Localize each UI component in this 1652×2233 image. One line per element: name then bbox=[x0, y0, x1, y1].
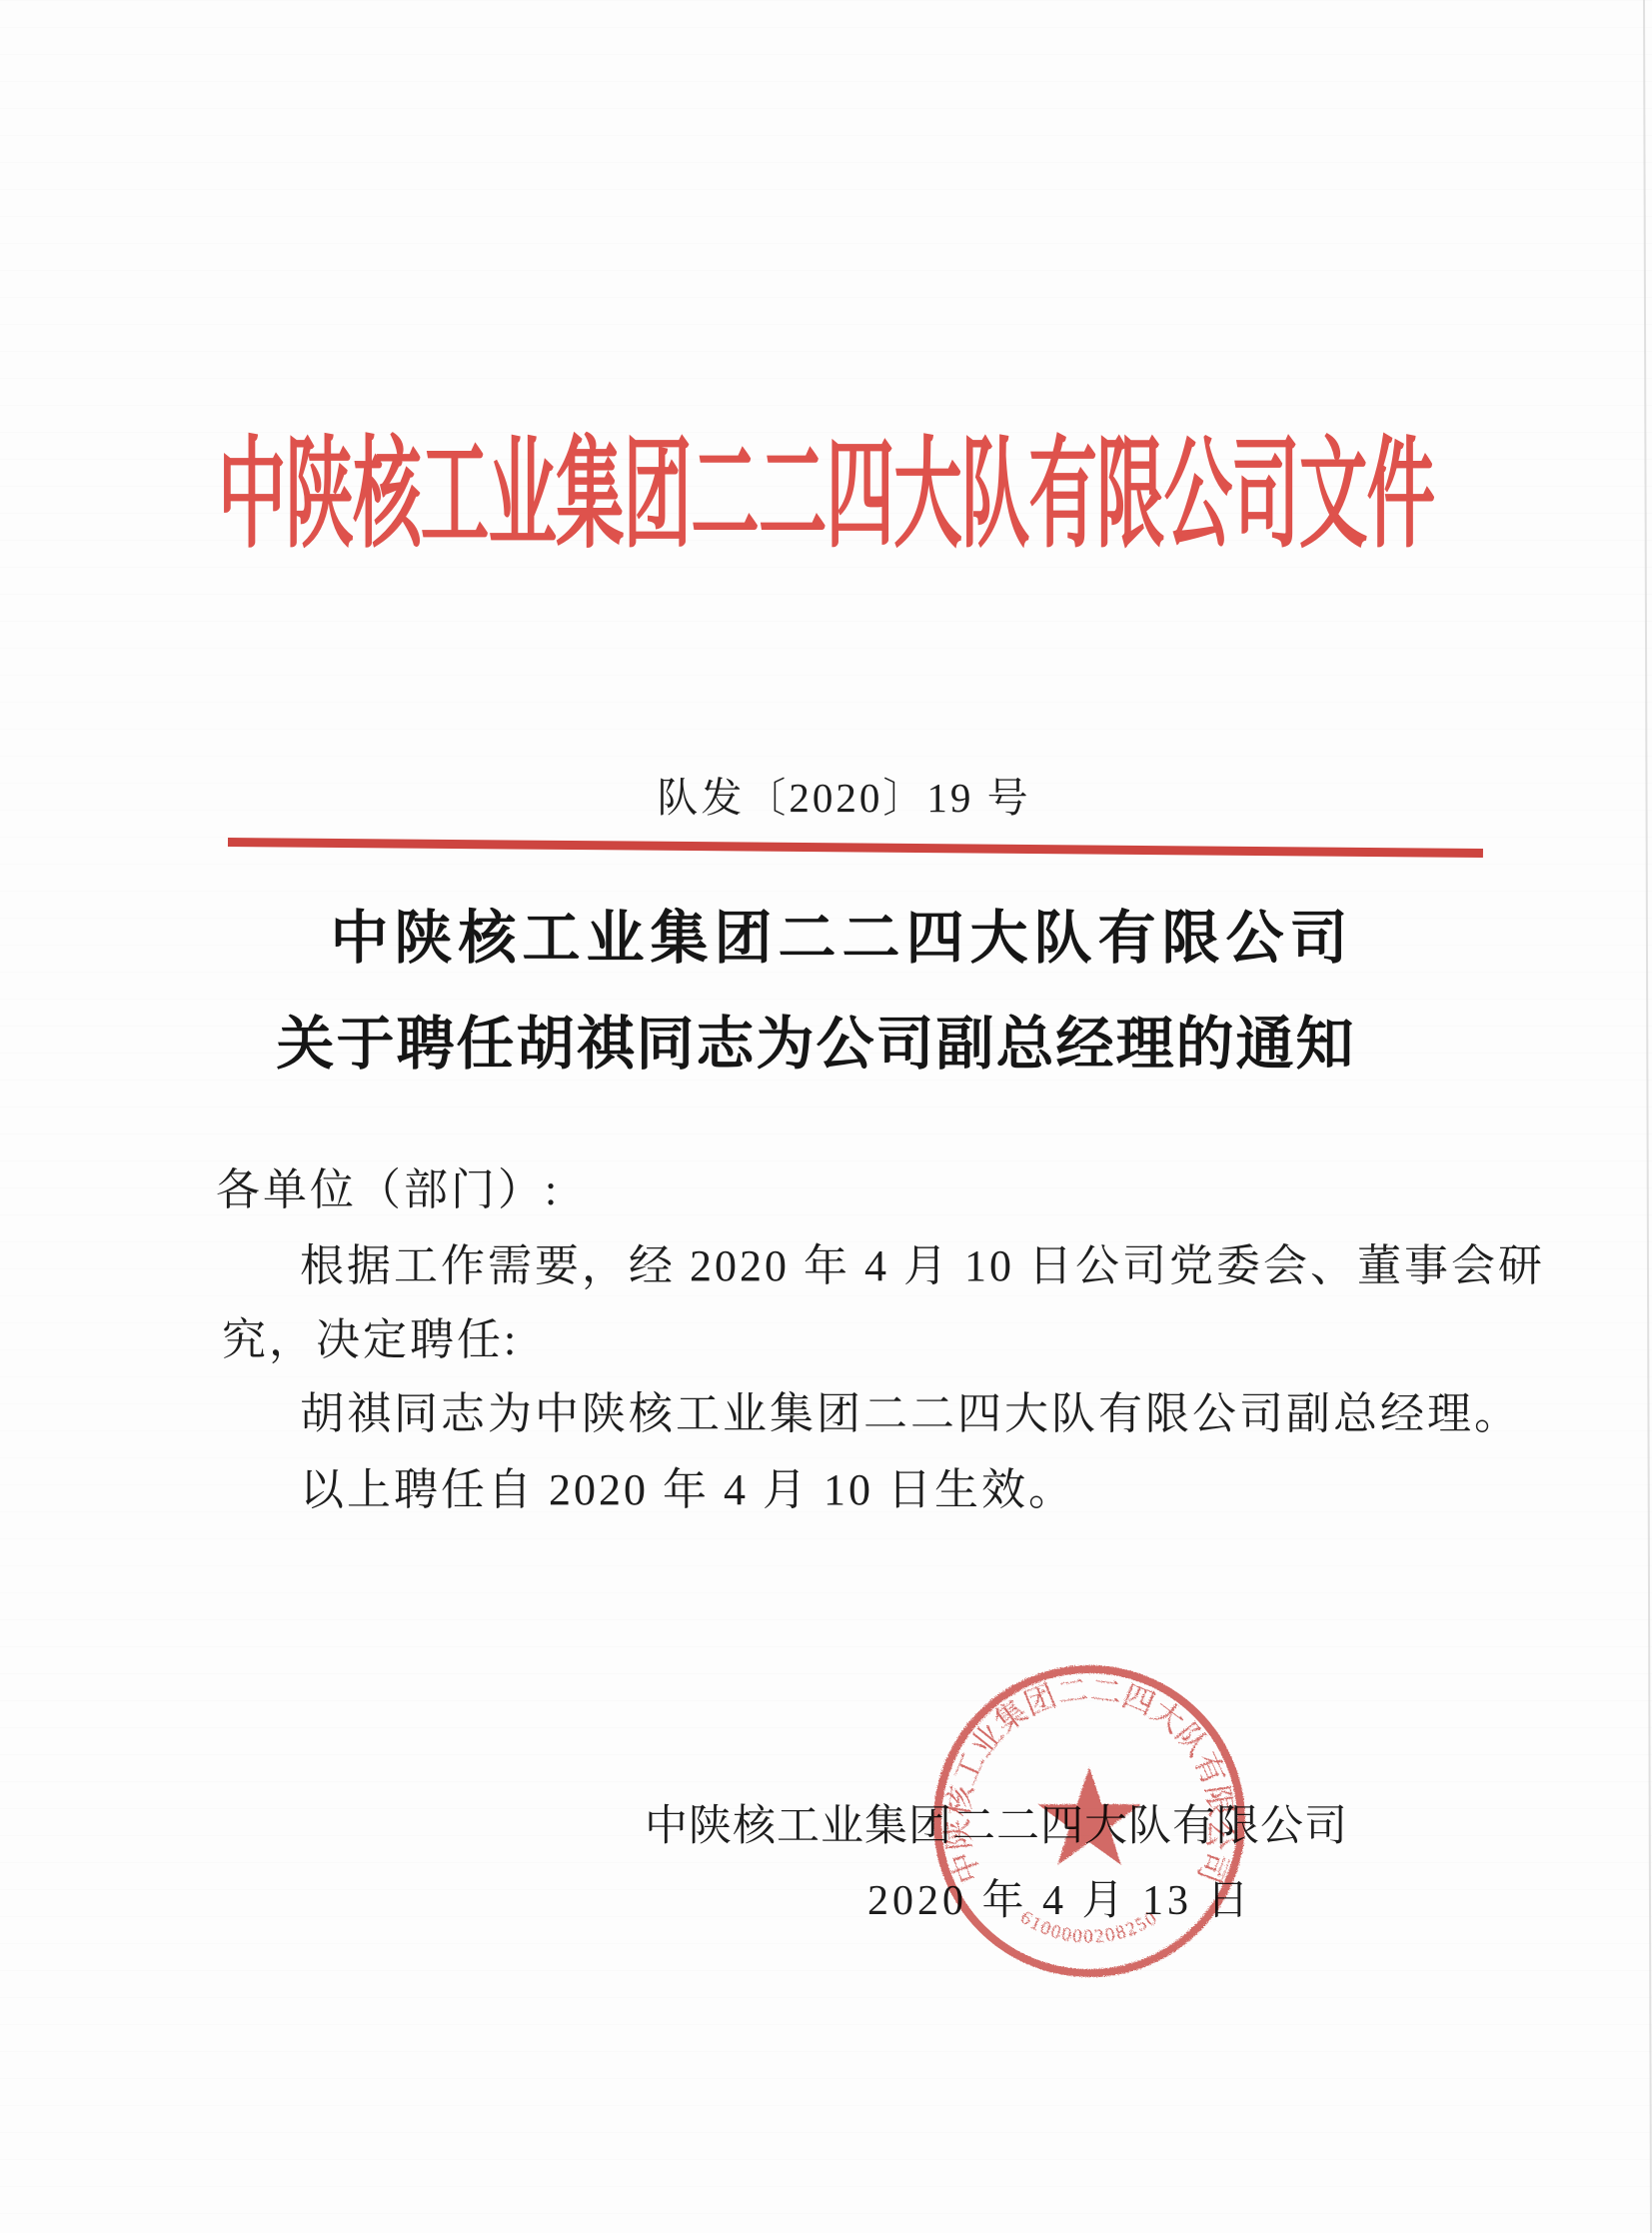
doc-number: 队发〔2020〕19 号 bbox=[18, 775, 1652, 821]
body-line: 以上聘任自 2020 年 4 月 10 日生效。 bbox=[300, 1465, 1075, 1515]
seal-star-icon bbox=[1038, 1767, 1141, 1865]
body-line: 究，决定聘任: bbox=[222, 1315, 519, 1365]
scan-artifact-line bbox=[1643, 0, 1652, 2233]
body-line: 根据工作需要，经 2020 年 4 月 10 日公司党委会、董事会研 bbox=[300, 1241, 1545, 1291]
official-seal: 中陕核工业集团二二四大队有限公司 6100000208250 bbox=[919, 1651, 1259, 1991]
seal-code: 6100000208250 bbox=[1016, 1907, 1162, 1948]
body-line: 胡祺同志为中陕核工业集团二二四大队有限公司副总经理。 bbox=[300, 1389, 1521, 1439]
doc-title-line-1: 中陕核工业集团二二四大队有限公司 bbox=[16, 908, 1652, 970]
letterhead-title: 中陕核工业集团二二四大队有限公司文件 bbox=[46, 438, 1606, 558]
salutation: 各单位（部门）: bbox=[216, 1165, 560, 1215]
doc-title-line-2: 关于聘任胡祺同志为公司副总经理的通知 bbox=[0, 1014, 1642, 1076]
red-divider bbox=[228, 838, 1483, 858]
document-page: 中陕核工业集团二二四大队有限公司文件 队发〔2020〕19 号 中陕核工业集团二… bbox=[0, 0, 1652, 2233]
